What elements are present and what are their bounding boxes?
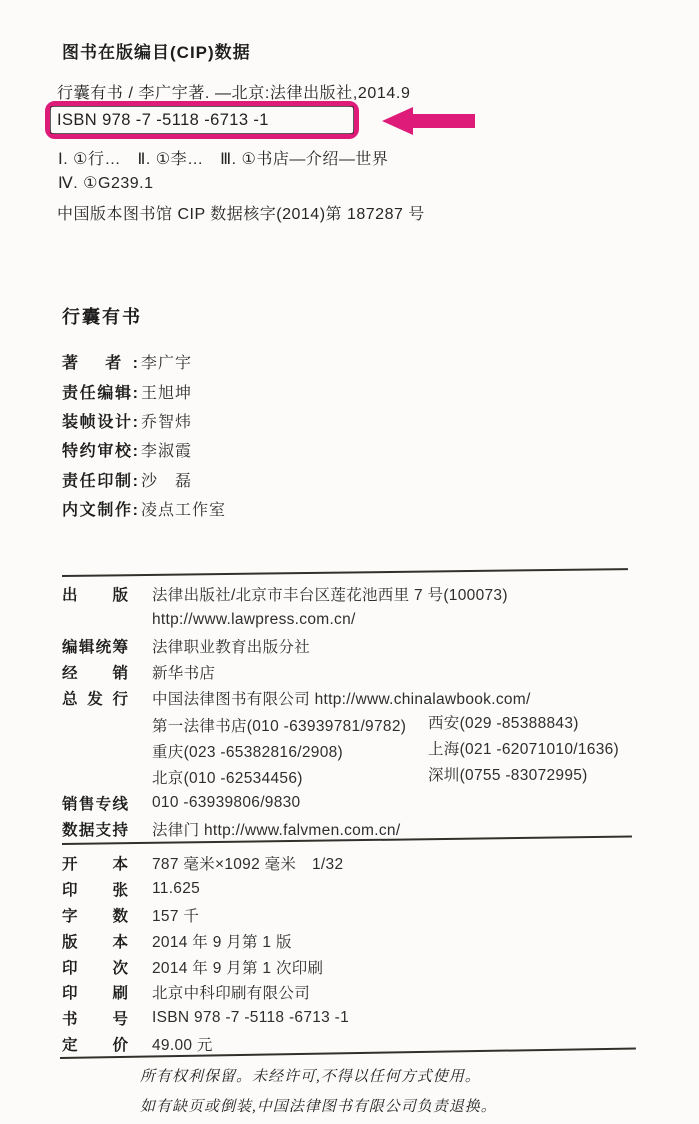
book-title: 行囊有书 [62, 303, 142, 329]
publishing-info: 出 版 法律出版社/北京市丰台区莲花池西里 7 号(100073) http:/… [62, 581, 682, 842]
printing-run-label: 印 次 [62, 956, 128, 978]
sheets-value: 11.625 [152, 880, 200, 898]
credit-row-author: 著 者: 李广宇 [62, 347, 226, 376]
distributor-value: 新华书店 [152, 661, 215, 683]
general-distribution-value: 中国法律图书有限公司 http://www.chinalawbook.com/ [152, 687, 531, 709]
printing-run-row: 印 次 2014 年 9 月第 1 次印刷 [62, 954, 682, 980]
sales-hotline-label: 销售专线 [62, 792, 128, 814]
cip-classification-line-1: Ⅰ. ①行… Ⅱ. ①李… Ⅲ. ①书店—介绍—世界 [58, 146, 388, 169]
data-support-label: 数据支持 [62, 818, 128, 840]
print-specs: 开 本 787 毫米×1092 毫米 1/32 印 张 11.625 字 数 1… [62, 850, 682, 1057]
cip-citation: 行囊有书 / 李广宇著. —北京:法律出版社,2014.9 [57, 80, 410, 103]
edition-label: 版 本 [62, 930, 128, 952]
general-distribution-label: 总 发 行 [62, 687, 128, 709]
format-value: 787 毫米×1092 毫米 1/32 [152, 852, 343, 874]
credit-label: 责任编辑: [62, 380, 138, 403]
printer-row: 印 刷 北京中科印刷有限公司 [62, 979, 682, 1005]
general-distribution-row: 总 发 行 中国法律图书有限公司 http://www.chinalawbook… [62, 685, 682, 711]
format-row: 开 本 787 毫米×1092 毫米 1/32 [62, 850, 682, 876]
credit-row-designer: 装帧设计: 乔智炜 [62, 406, 226, 435]
credit-value: 李广宇 [141, 350, 192, 373]
credit-label: 责任印制: [62, 468, 138, 491]
printing-run-value: 2014 年 9 月第 1 次印刷 [152, 956, 323, 978]
isbn-highlight-box: ISBN 978 -7 -5118 -6713 -1 [45, 101, 359, 139]
publisher-url-row: http://www.lawpress.com.cn/ [62, 607, 682, 633]
publisher-row: 出 版 法律出版社/北京市丰台区莲花池西里 7 号(100073) [62, 581, 682, 607]
credit-label: 内文制作: [62, 497, 138, 520]
cip-classification-line-2: Ⅳ. ①G239.1 [58, 173, 153, 193]
book-number-row: 书 号 ISBN 978 -7 -5118 -6713 -1 [62, 1005, 682, 1031]
cip-heading: 图书在版编目(CIP)数据 [62, 38, 251, 63]
word-count-label: 字 数 [62, 904, 128, 926]
highlight-arrow-shaft [412, 114, 475, 128]
credit-row-typesetting: 内文制作: 凌点工作室 [62, 494, 226, 523]
publisher-label: 出 版 [62, 583, 128, 605]
branch-chongqing: 重庆(023 -65382816/2908) [152, 740, 428, 762]
edition-value: 2014 年 9 月第 1 版 [152, 930, 292, 952]
editorial-division-label: 编辑统筹 [62, 635, 128, 657]
rights-notice-line-1: 所有权利保留。未经许可,不得以任何方式使用。 [140, 1063, 497, 1093]
edition-row: 版 本 2014 年 9 月第 1 版 [62, 928, 682, 954]
credit-row-print-supervisor: 责任印制: 沙 磊 [62, 465, 226, 494]
highlight-arrow-icon [382, 107, 413, 135]
credit-value: 乔智炜 [141, 409, 192, 432]
data-support-value: 法律门 http://www.falvmen.com.cn/ [152, 818, 400, 840]
book-number-value: ISBN 978 -7 -5118 -6713 -1 [152, 1009, 349, 1027]
sheets-label: 印 张 [62, 878, 128, 900]
branch-row: 重庆(023 -65382816/2908) 上海(021 -62071010/… [62, 738, 682, 764]
branch-beijing: 北京(010 -62534456) [152, 766, 428, 788]
credit-row-proofreader: 特约审校: 李淑霞 [62, 435, 226, 464]
divider-rule-top [62, 568, 628, 577]
credits-list: 著 者: 李广宇 责任编辑: 王旭坤 装帧设计: 乔智炜 特约审校: 李淑霞 责… [62, 347, 226, 523]
rights-notice-line-2: 如有缺页或倒装,中国法律图书有限公司负责退换。 [140, 1093, 497, 1123]
editorial-division-value: 法律职业教育出版分社 [152, 635, 310, 657]
cip-record-number: 中国版本图书馆 CIP 数据核字(2014)第 187287 号 [57, 201, 425, 224]
price-label: 定 价 [62, 1033, 128, 1055]
credit-label: 装帧设计: [62, 409, 138, 432]
credit-value: 王旭坤 [141, 380, 192, 403]
publisher-url: http://www.lawpress.com.cn/ [152, 611, 356, 629]
branch-shanghai: 上海(021 -62071010/1636) [428, 737, 619, 759]
word-count-value: 157 千 [152, 904, 199, 926]
sheets-row: 印 张 11.625 [62, 876, 682, 902]
copyright-page: 图书在版编目(CIP)数据 行囊有书 / 李广宇著. —北京:法律出版社,201… [0, 0, 699, 1124]
credit-value: 李淑霞 [141, 438, 192, 461]
branch-first-store: 第一法律书店(010 -63939781/9782) [152, 714, 428, 736]
branch-row: 第一法律书店(010 -63939781/9782) 西安(029 -85388… [62, 711, 682, 737]
credit-value: 凌点工作室 [141, 497, 226, 520]
credit-row-editor: 责任编辑: 王旭坤 [62, 376, 226, 405]
word-count-row: 字 数 157 千 [62, 902, 682, 928]
branch-shenzhen: 深圳(0755 -83072995) [428, 763, 588, 785]
rights-notice: 所有权利保留。未经许可,不得以任何方式使用。 如有缺页或倒装,中国法律图书有限公… [140, 1063, 497, 1122]
distributor-label: 经 销 [62, 661, 128, 683]
credit-label: 著 者: [62, 350, 138, 373]
branch-row: 北京(010 -62534456) 深圳(0755 -83072995) [62, 764, 682, 790]
editorial-division-row: 编辑统筹 法律职业教育出版分社 [62, 633, 682, 659]
distributor-row: 经 销 新华书店 [62, 659, 682, 685]
printer-value: 北京中科印刷有限公司 [152, 981, 310, 1003]
book-number-label: 书 号 [62, 1007, 128, 1029]
printer-label: 印 刷 [62, 981, 128, 1003]
price-value: 49.00 元 [152, 1033, 213, 1055]
sales-hotline-row: 销售专线 010 -63939806/9830 [62, 790, 682, 816]
credit-value: 沙 磊 [141, 468, 192, 491]
publisher-value: 法律出版社/北京市丰台区莲花池西里 7 号(100073) [152, 583, 508, 605]
isbn-text: ISBN 978 -7 -5118 -6713 -1 [50, 106, 354, 134]
format-label: 开 本 [62, 852, 128, 874]
sales-hotline-value: 010 -63939806/9830 [152, 794, 300, 812]
credit-label: 特约审校: [62, 438, 138, 461]
branch-xian: 西安(029 -85388843) [428, 711, 579, 733]
